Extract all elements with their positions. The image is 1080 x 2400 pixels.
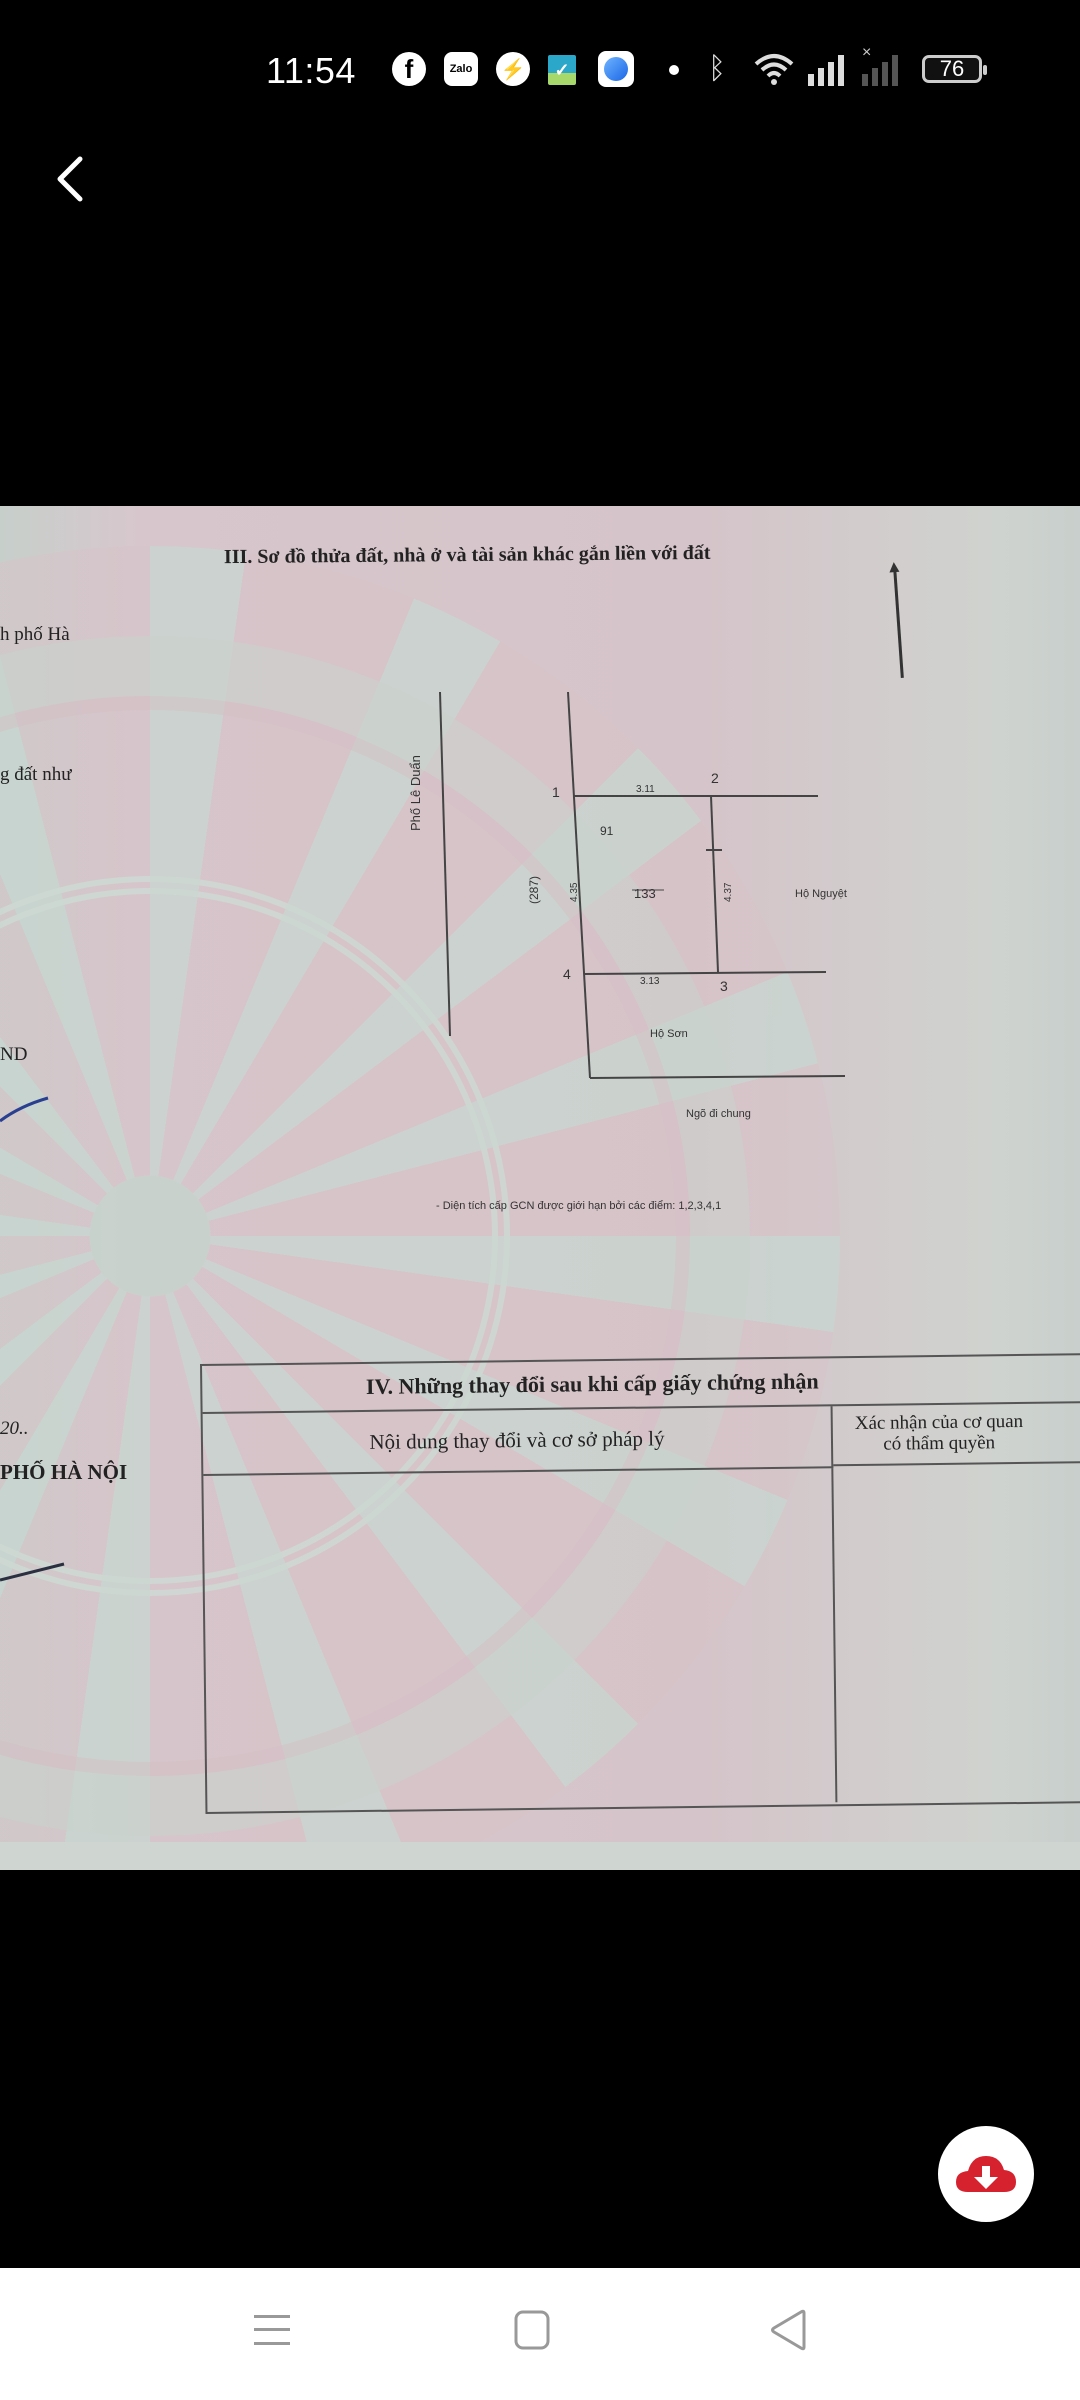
parcel-lines: [0, 506, 1080, 1306]
menu-icon: [250, 2308, 294, 2352]
recent-apps-button[interactable]: [250, 2308, 310, 2358]
more-notifications-dot: [669, 65, 679, 75]
column-header-confirmation: Xác nhận của cơ quan có thẩm quyền: [833, 1403, 1080, 1466]
dim-top: 3.11: [636, 784, 655, 795]
app-checkmark-icon: ✓: [548, 55, 576, 85]
changes-table: IV. Những thay đổi sau khi cấp giấy chứn…: [200, 1353, 1080, 1814]
back-button[interactable]: [50, 155, 100, 215]
signature-stroke: [0, 1556, 70, 1586]
status-bar: 11:54 f Zalo ⚡ ✓ ᛒ × 76: [0, 0, 1080, 140]
parcel-diagram: Phố Lê Duẩn 1 2 3 4 3.11 3.13 91 133 (28…: [0, 506, 1080, 1306]
left-text-fragment: PHỐ HÀ NỘI: [0, 1460, 127, 1485]
point-label: 2: [711, 770, 719, 786]
signal-icon: [808, 54, 844, 86]
col2-line2: có thẩm quyền: [855, 1433, 1024, 1456]
app-blue-icon: [598, 51, 634, 87]
clock: 11:54: [266, 50, 356, 92]
point-label: 1: [552, 784, 560, 800]
background-surface: [0, 1842, 1080, 1870]
point-label: 4: [563, 966, 571, 982]
street-label: Phố Lê Duẩn: [408, 755, 423, 831]
column-header-content: Nội dung thay đổi và cơ sở pháp lý: [203, 1406, 834, 1476]
table-body-empty: [203, 1468, 837, 1810]
parcel-number: 91: [600, 824, 613, 838]
wifi-icon: [750, 52, 798, 86]
download-button[interactable]: [938, 2126, 1034, 2222]
system-nav-bar: [0, 2268, 1080, 2400]
chevron-left-icon: [50, 155, 90, 205]
neighbor-right: Hộ Nguyệt: [795, 888, 847, 900]
document-photo[interactable]: III. Sơ đồ thửa đất, nhà ở và tài sản kh…: [0, 506, 1080, 1870]
home-button[interactable]: [512, 2308, 572, 2358]
dim-bottom: 3.13: [640, 976, 659, 987]
parcel-area: 133: [634, 886, 656, 901]
facebook-icon: f: [392, 52, 426, 86]
messenger-icon: ⚡: [496, 52, 530, 86]
area-note: - Diện tích cấp GCN được giới hạn bởi cá…: [436, 1200, 721, 1212]
signal-no-service-icon: [862, 54, 898, 86]
alley-label: Ngõ đi chung: [686, 1108, 751, 1120]
neighbor-bottom: Hộ Sơn: [650, 1028, 688, 1040]
dim-right: 4.37: [723, 883, 734, 902]
battery-indicator: 76: [922, 55, 982, 83]
zalo-icon: Zalo: [444, 52, 478, 86]
side-left-label: (287): [527, 876, 541, 904]
bluetooth-icon: ᛒ: [700, 52, 734, 86]
dim-left: 4.35: [569, 883, 580, 902]
col2-line1: Xác nhận của cơ quan: [855, 1412, 1024, 1435]
left-text-fragment: 20..: [0, 1418, 29, 1440]
system-back-button[interactable]: [768, 2308, 828, 2358]
home-icon: [512, 2308, 556, 2352]
point-label: 3: [720, 978, 728, 994]
back-icon: [768, 2308, 812, 2352]
cloud-download-icon: [954, 2152, 1018, 2196]
